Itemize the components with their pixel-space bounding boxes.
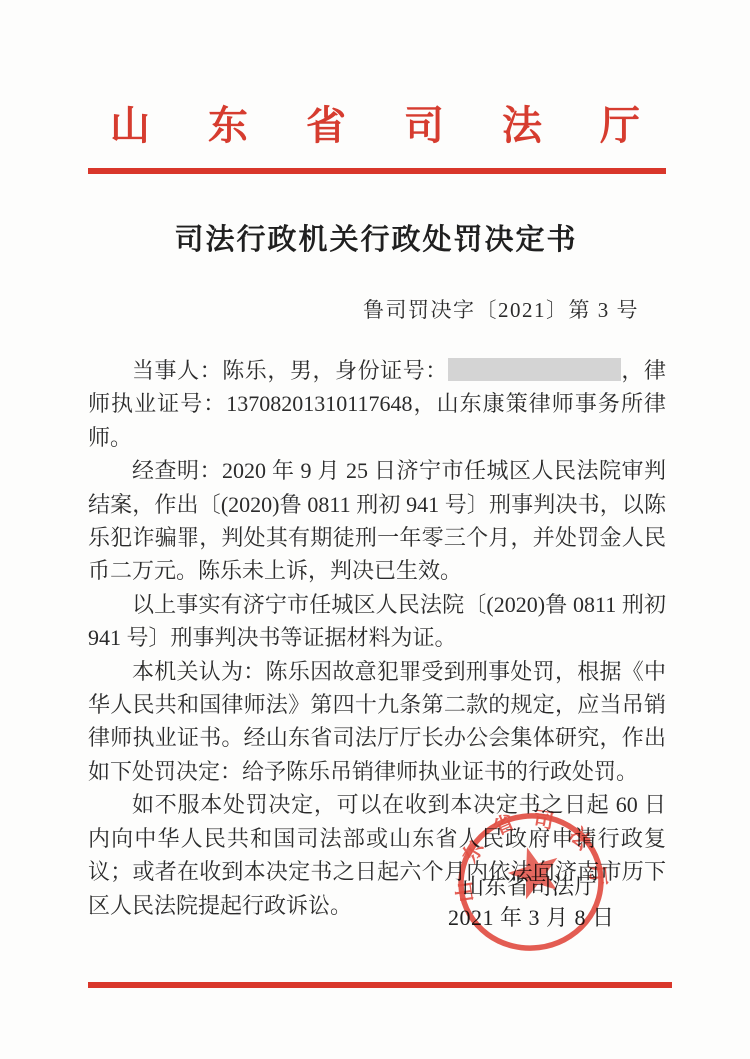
document-page: 山东省司法厅 司法行政机关行政处罚决定书 鲁司罚决字〔2021〕第 3 号 当事…: [0, 0, 750, 1059]
paragraph-findings: 经查明：2020 年 9 月 25 日济宁市任城区人民法院审判结案，作出〔(20…: [88, 454, 666, 588]
document-number: 鲁司罚决字〔2021〕第 3 号: [363, 295, 639, 325]
redacted-id-number: [448, 358, 621, 381]
footer-rule: [88, 982, 672, 988]
document-title: 司法行政机关行政处罚决定书: [0, 219, 750, 261]
signature-agency-name: 山东省司法厅: [462, 870, 597, 901]
paragraph-decision: 本机关认为：陈乐因故意犯罪受到刑事处罚，根据《中华人民共和国律师法》第四十九条第…: [88, 655, 666, 789]
document-body: 当事人：陈乐，男，身份证号：，律师执业证号：13708201310117648，…: [88, 354, 666, 922]
paragraph-party-info: 当事人：陈乐，男，身份证号：，律师执业证号：13708201310117648，…: [88, 354, 666, 454]
paragraph-evidence: 以上事实有济宁市任城区人民法院〔(2020)鲁 0811 刑初 941 号〕刑事…: [88, 588, 666, 655]
letterhead-agency-name: 山东省司法厅: [0, 100, 750, 152]
party-info-before-redaction: 当事人：陈乐，男，身份证号：: [132, 358, 448, 383]
signature-date: 2021 年 3 月 8 日: [448, 901, 615, 932]
letterhead-divider-rule: [88, 168, 666, 174]
